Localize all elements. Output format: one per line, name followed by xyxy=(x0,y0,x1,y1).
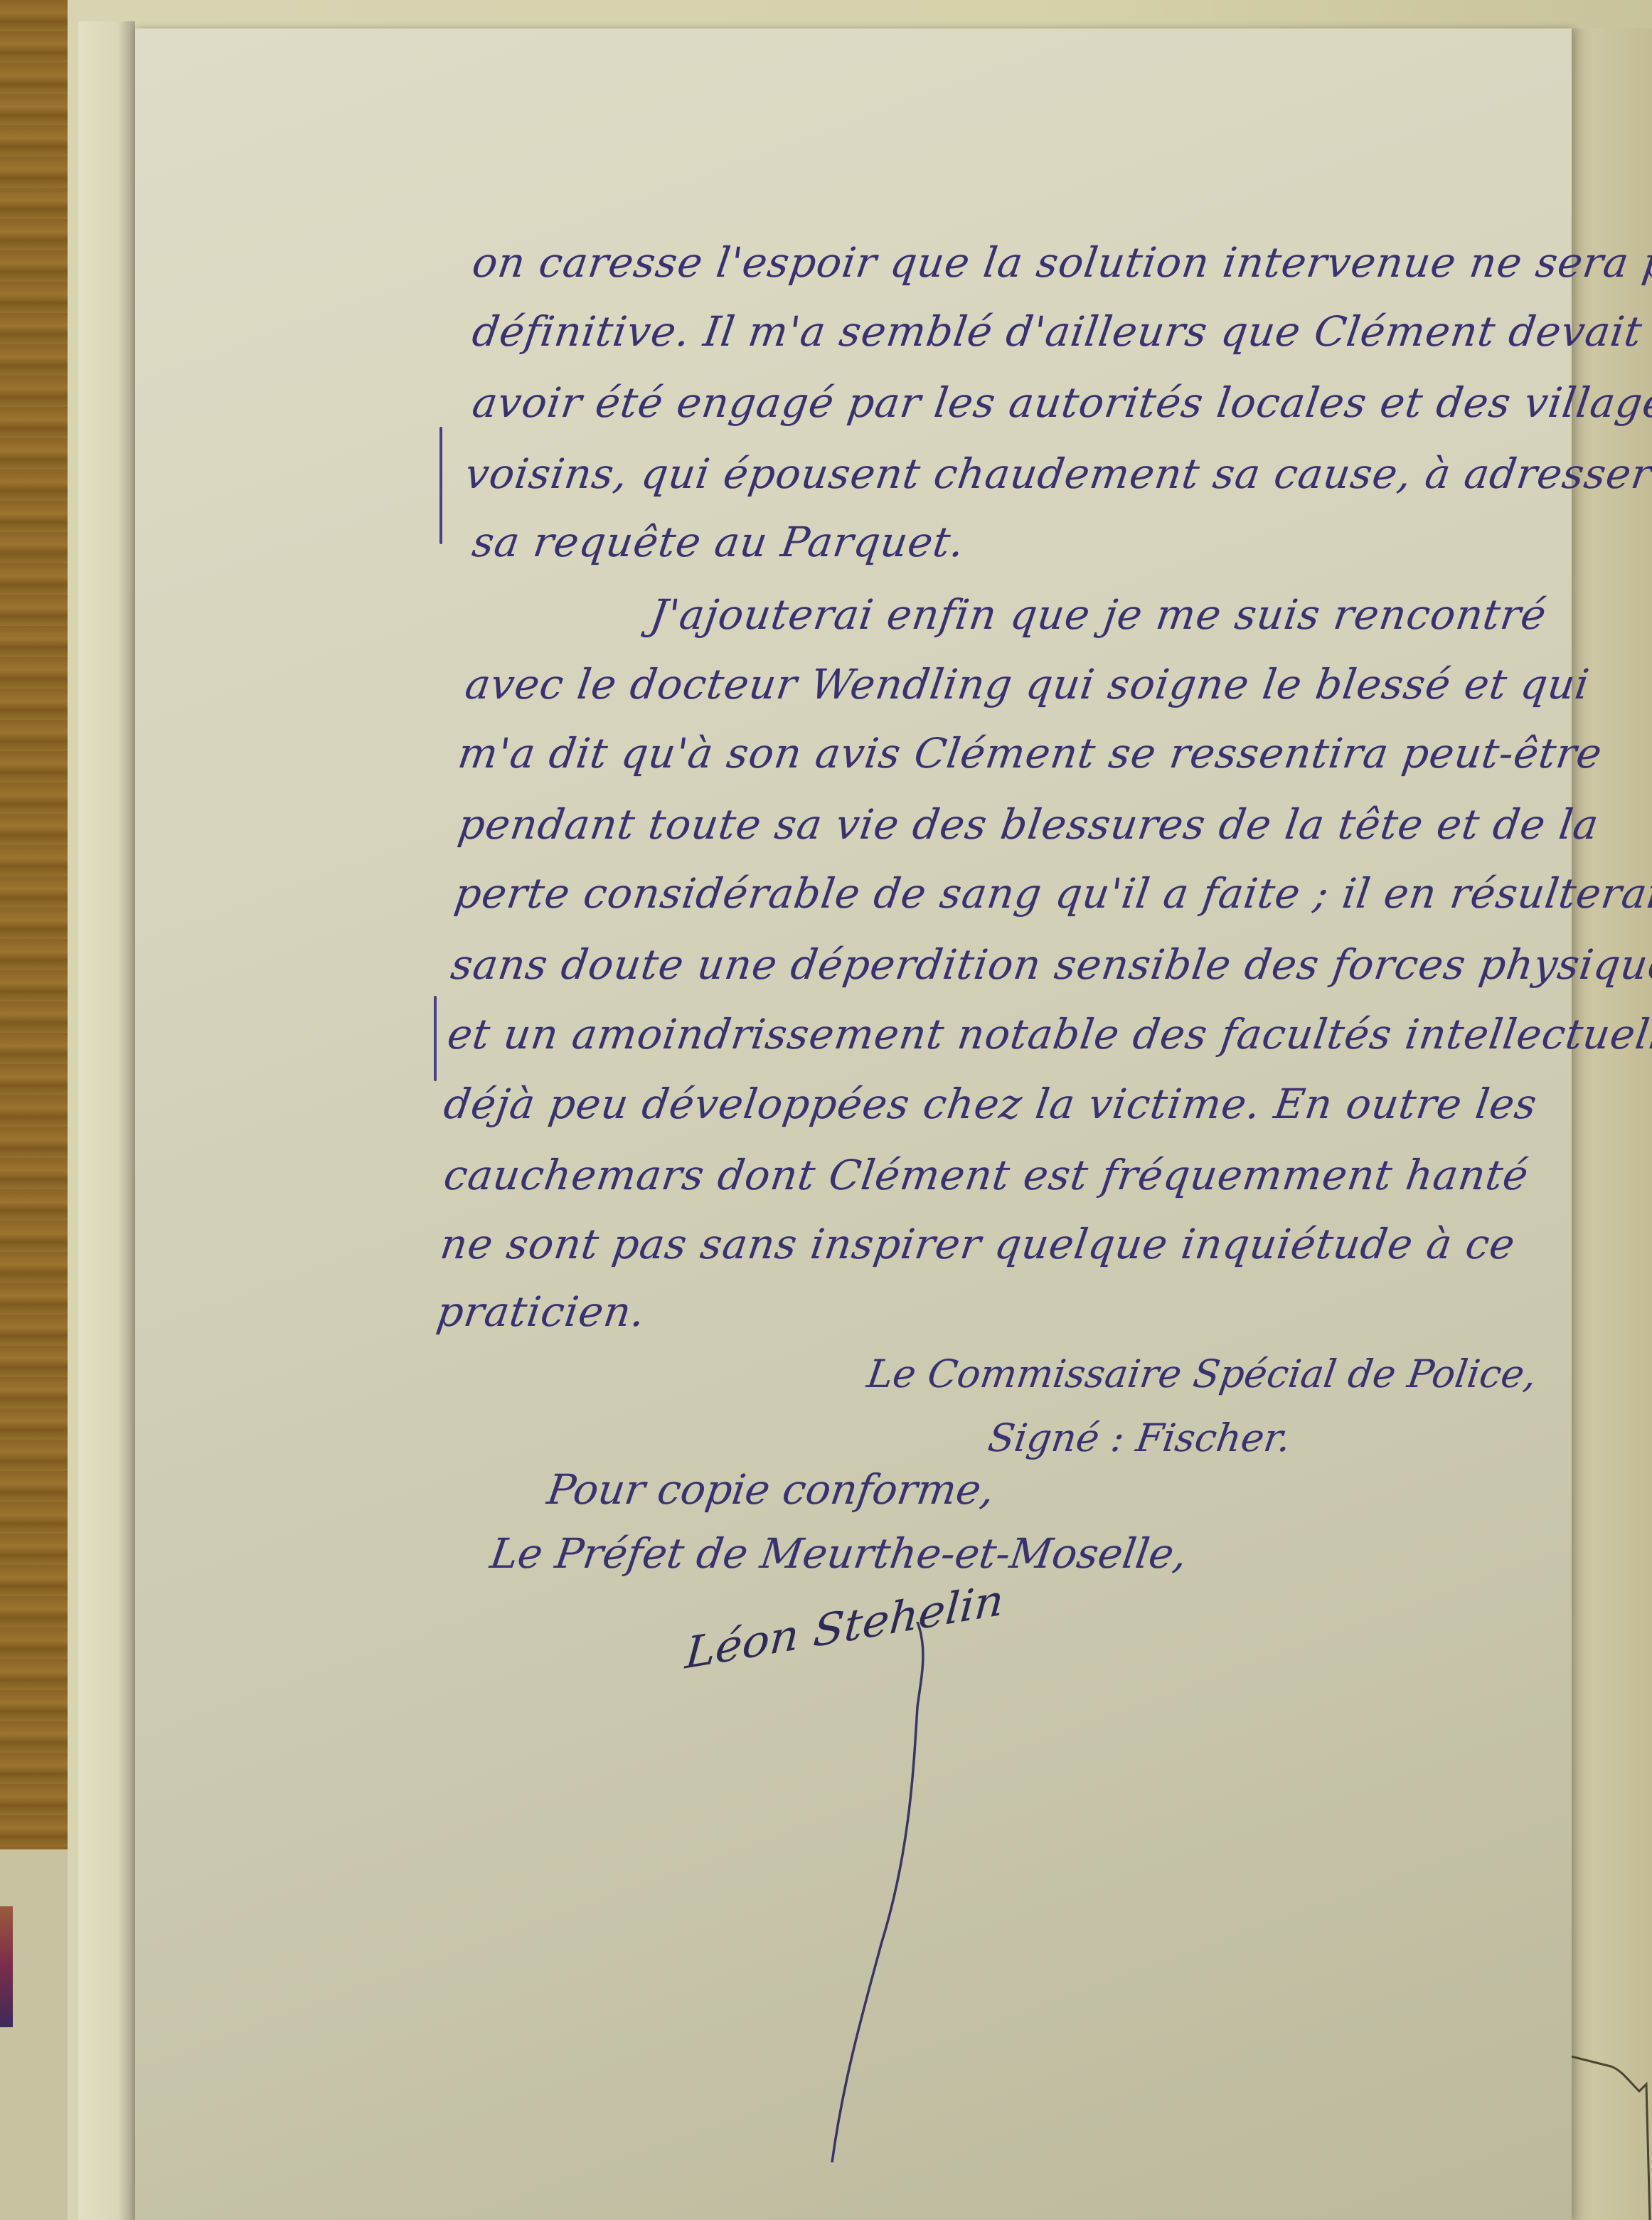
body-line-9: pendant toute sa vie des blessures de la… xyxy=(455,800,1602,849)
body-line-14: cauchemars dont Clément est fréquemment … xyxy=(441,1151,1532,1199)
certified-copy-line: Pour copie conforme, xyxy=(544,1465,997,1514)
body-line-1: on caresse l'espoir que la solution inte… xyxy=(469,238,1652,287)
folder-edge-crack xyxy=(1568,2041,1652,2220)
body-line-3: avoir été engagé par les autorités local… xyxy=(469,378,1652,427)
signature-flourish xyxy=(775,1622,960,2162)
signed-fischer: Signé : Fischer. xyxy=(986,1416,1294,1460)
colored-tab-edge xyxy=(0,1906,13,2027)
body-line-4: voisins, qui épousent chaudement sa caus… xyxy=(462,450,1652,498)
letter-page: on caresse l'espoir que la solution inte… xyxy=(135,28,1572,2220)
commissaire-title: Le Commissaire Spécial de Police, xyxy=(865,1351,1540,1396)
body-line-7: avec le docteur Wendling qui soigne le b… xyxy=(462,660,1592,708)
right-folder-edge xyxy=(1568,28,1652,2220)
body-line-2: définitive. Il m'a semblé d'ailleurs que… xyxy=(469,307,1646,356)
body-line-8: m'a dit qu'à son avis Clément se ressent… xyxy=(455,729,1605,777)
margin-annotation-bar xyxy=(434,996,437,1081)
body-line-15: ne sont pas sans inspirer quelque inquié… xyxy=(437,1220,1518,1268)
body-line-13: déjà peu développées chez la victime. En… xyxy=(441,1080,1540,1128)
body-line-10: perte considérable de sang qu'il a faite… xyxy=(452,869,1652,918)
body-line-6: J'ajouterai enfin que je me suis rencont… xyxy=(647,590,1550,639)
body-line-5: sa requête au Parquet. xyxy=(469,518,968,566)
body-line-12: et un amoindrissement notable des facult… xyxy=(444,1010,1652,1058)
prefect-title: Le Préfet de Meurthe-et-Moselle, xyxy=(487,1529,1190,1578)
body-line-16: praticien. xyxy=(434,1287,649,1336)
body-line-11: sans doute une déperdition sensible des … xyxy=(448,940,1652,989)
margin-annotation-bar xyxy=(439,427,442,544)
folder-spine-strip xyxy=(78,21,135,2220)
